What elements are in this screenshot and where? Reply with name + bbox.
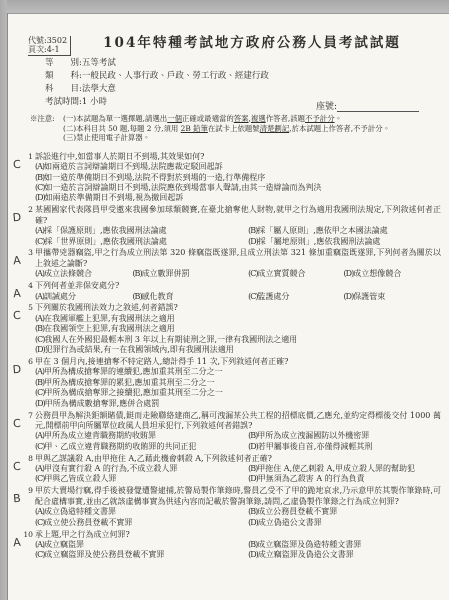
notice-text: (三)禁止使用電子計算器。 [63, 133, 150, 142]
handwritten-answer: A [9, 256, 26, 268]
option-B: (B)成立數罪併罰 [132, 269, 248, 279]
question-stem: 甲在 3 個月內,接連搶奪不特定路人,總計得手 11 次,下列敘述何者正確? [35, 357, 441, 367]
question-stem: 承上題,甲之行為成立何罪? [35, 530, 441, 540]
option-C: (C)我國人在外國犯最輕本刑 3 年以上有期徒刑之罪,一律有我國刑法之適用 [35, 335, 441, 345]
question: 5 C 下列關於我國刑法效力之敘述,何者錯誤? (A)在我國軍艦上犯罪,有我國刑… [35, 303, 441, 355]
handwritten-answer: C [9, 461, 26, 473]
page-number: 頁次:4-1 [28, 45, 67, 54]
option-label: (C) [35, 335, 44, 344]
notice-text: 正確或最適當的 [182, 114, 234, 123]
option-C: (C)採「世界原則」,應依我國刑法論處 [35, 237, 248, 247]
option-A: (A)甲沒有實行殺 A 的行為,不成立殺人罪 [35, 464, 248, 474]
questions: 1 C 訴訟進行中,如當事人於期日不到場,其效果如何? (A)如兩造於言詞辯論期… [7, 152, 449, 561]
question-stem: 甲於大賣場行竊,得手後被發覺遭警逮捕,於警局製作筆錄時,警員乙受不了甲的跪地哀求… [35, 486, 441, 507]
question-options: (A)成立竊盜罪(B)成立竊盜罪及偽造特種文書罪(C)成立竊盜罪及使公務員登載不… [35, 540, 441, 561]
exam-paper-scan: { "colors":{ "paper":"#f7f6f1", "scan_be… [0, 0, 449, 600]
question: 9 B 甲於大賣場行竊,得手後被發覺遭警逮捕,於警局製作筆錄時,警員乙受不了甲的… [35, 486, 441, 528]
option-D: (D)甲所為構成數搶奪罪,應併合處罰 [35, 399, 441, 409]
seat-number-field: 座號: [316, 99, 419, 112]
notice-marker: ※注意: [30, 114, 63, 143]
option-label: (B) [248, 431, 257, 440]
exam-code: 代號:3502 [28, 36, 67, 45]
scanner-edge-left [0, 0, 7, 600]
option-D: (D)成立想像競合 [344, 269, 441, 279]
question-stem: 訴訟進行中,如當事人於期日不到場,其效果如何? [35, 152, 441, 162]
option-label: (C) [35, 550, 44, 559]
option-C: (C)監護處分 [248, 292, 343, 302]
option-label: (A) [35, 314, 44, 323]
question: 1 C 訴訟進行中,如當事人於期日不到場,其效果如何? (A)如兩造於言詞辯論期… [35, 152, 441, 204]
question: 3 A 甲攜帶兇器竊盜,甲之行為成立刑法第 320 條竊盜既遂罪,且成立刑法第 … [35, 248, 441, 279]
seat-blank-line [337, 102, 419, 112]
question: 4 A 下列何者並非保安處分? (A)訓誡處分(B)感化教育(C)監護處分(D)… [35, 281, 441, 302]
option-label: (D) [248, 474, 258, 483]
option-label: (A) [35, 226, 44, 235]
option-label: (C) [35, 388, 44, 397]
meta-label: 科 目 [45, 83, 79, 96]
handwritten-answer: D [9, 213, 26, 225]
meta-value: 一般民政、人事行政、戶政、勞工行政、經建行政 [82, 71, 269, 81]
option-B: (B)甲拖住 A,使乙刺殺 A,甲成立殺人罪的幫助犯 [248, 464, 441, 474]
notice-underlined-text: 一個 [167, 114, 182, 123]
notice-text: 在試卡上依題號 [208, 124, 260, 133]
option-B: (B)在我國領空上犯罪,有我國刑法之適用 [35, 324, 441, 334]
option-label: (A) [35, 292, 44, 301]
option-label: (B) [35, 173, 44, 182]
handwritten-answer: C [9, 418, 26, 430]
option-A: (A)採「保護原則」,應依我國刑法論處 [35, 226, 248, 236]
meta-value: 法學大意 [82, 84, 116, 94]
seat-label: 座號: [316, 102, 337, 112]
option-label: (B) [248, 507, 257, 516]
notice-text: (二)本科目共 50 題,每題 2 分,須用 [63, 124, 181, 133]
option-D: (D)犯罪行為或結果,有一在我國領域內,即有我國刑法適用 [35, 345, 441, 355]
option-A: (A)成立法條競合 [35, 269, 132, 279]
handwritten-answer: B [9, 494, 26, 506]
notice-underlined-text: 清楚劃記 [260, 124, 290, 133]
option-A: (A)甲所為構成搶奪罪的連續犯,應加重其刑至二分之一 [35, 367, 441, 377]
question: 2 D 某國國家代表隊員甲受邀來我國參加球類競賽,在臺北搶奪他人財物,就甲之行為… [35, 205, 441, 247]
option-label: (C) [35, 474, 44, 483]
question: 6 D 甲在 3 個月內,接連搶奪不特定路人,總計得手 11 次,下列敘述何者正… [35, 357, 441, 409]
meta-value: 1 小時 [82, 97, 107, 107]
question-options: (A)甲沒有實行殺 A 的行為,不成立殺人罪(B)甲拖住 A,使乙刺殺 A,甲成… [35, 464, 441, 485]
notice-clause: (三)禁止使用電子計算器。 [63, 133, 434, 143]
option-label: (C) [35, 237, 44, 246]
question: 10 A 承上題,甲之行為成立何罪? (A)成立竊盜罪(B)成立竊盜罪及偽造特種… [35, 530, 441, 561]
option-B: (B)採「屬人原則」,應依甲之本國法論處 [248, 226, 441, 236]
notice-underlined-text: 答案 [234, 114, 249, 123]
option-C: (C)成立實質競合 [248, 269, 343, 279]
option-label: (D) [248, 442, 258, 451]
option-A: (A)訓誡處分 [35, 292, 132, 302]
option-label: (A) [35, 507, 44, 516]
option-label: (D) [248, 518, 258, 527]
notice-clause: (二)本科目共 50 題,每題 2 分,須用 2B 鉛筆在試卡上依題號清楚劃記,… [63, 124, 434, 134]
question-stem: 甲與乙謀議殺 A,由甲拖住 A,乙藉此機會刺殺 A,下列敘述何者正確? [35, 454, 441, 464]
option-A: (A)如兩造於言詞辯論期日不到場,法院應裁定駁回起訴 [35, 162, 441, 172]
paper-page: 代號:3502 頁次:4-1 104年特種考試地方政府公務人員考試試題 等 別:… [7, 13, 449, 600]
notice-underlined-text: 複選 [251, 114, 266, 123]
question-options: (A)成立法條競合(B)成立數罪併罰(C)成立實質競合(D)成立想像競合 [35, 269, 441, 279]
meta-row-subject: 科 目:法學大意 [45, 83, 449, 96]
option-label: (B) [248, 226, 257, 235]
option-D: (D)成立竊盜罪及偽造公文書罪 [248, 550, 441, 560]
option-D: (D)採「屬地原則」,應依我國刑法論處 [248, 237, 441, 247]
question-options: (A)甲所為成立違背職務期約收賄罪(B)甲所為成立洩漏國防以外機密罪(C)甲、乙… [35, 431, 441, 452]
option-label: (B) [35, 324, 44, 333]
exam-header: 代號:3502 頁次:4-1 104年特種考試地方政府公務人員考試試題 等 別:… [7, 13, 449, 109]
option-D: (D)保護管束 [344, 292, 441, 302]
option-label: (D) [35, 193, 45, 202]
option-label: (B) [248, 540, 257, 549]
notice-clauses: (一)本試題為單一選擇題,請選出一個正確或最適當的答案,複選作答者,該題不予計分… [63, 114, 434, 143]
option-D: (D)如兩造於準備期日不到場,視為撤回起訴 [35, 193, 441, 203]
meta-value: 五等考試 [82, 58, 116, 68]
option-label: (C) [35, 442, 44, 451]
handwritten-answer: C [9, 311, 26, 323]
notice-text: (一)本試題為單一選擇題,請選出 [63, 114, 167, 123]
option-C: (C)如一造於言詞辯論期日不到場,法院應依到場當事人聲請,由其一造辯論而為判決 [35, 183, 441, 193]
option-label: (D) [344, 269, 354, 278]
handwritten-answer: A [9, 288, 26, 300]
question-options: (A)成立偽造特種文書罪(B)成立公務員登載不實罪(C)成立使公務員登載不實罪(… [35, 507, 441, 528]
notice-underlined-text: 不予計分 [305, 114, 335, 123]
meta-label: 類 科 [45, 70, 79, 83]
option-D: (D)甲無須為乙殺害 A 的行為負責 [248, 474, 441, 484]
option-label: (A) [35, 269, 44, 278]
option-C: (C)甲所為構成搶奪罪之接續犯,應加重其刑至二分之一 [35, 388, 441, 398]
scanner-edge-top [0, 0, 449, 13]
option-label: (C) [248, 292, 257, 301]
option-C: (C)成立竊盜罪及使公務員登載不實罪 [35, 550, 248, 560]
question: 8 C 甲與乙謀議殺 A,由甲拖住 A,乙藉此機會刺殺 A,下列敘述何者正確? … [35, 454, 441, 485]
question-options: (A)訓誡處分(B)感化教育(C)監護處分(D)保護管束 [35, 292, 441, 302]
option-B: (B)甲所為構成搶奪罪的累犯,應加重其刑至二分之一 [35, 378, 441, 388]
question-options: (A)如兩造於言詞辯論期日不到場,法院應裁定駁回起訴(B)如一造於準備期日不到場… [35, 162, 441, 204]
handwritten-answer: C [9, 159, 26, 171]
option-label: (B) [132, 292, 141, 301]
code-page-box: 代號:3502 頁次:4-1 [28, 36, 71, 56]
exam-title: 104年特種考試地方政府公務人員考試試題 [7, 35, 449, 51]
option-B: (B)成立公務員登載不實罪 [248, 507, 441, 517]
option-label: (D) [248, 550, 258, 559]
option-label: (B) [132, 269, 141, 278]
meta-label: 考試時間 [45, 96, 79, 109]
option-A: (A)成立偽造特種文書罪 [35, 507, 248, 517]
option-label: (A) [35, 431, 44, 440]
notice-block: ※注意: (一)本試題為單一選擇題,請選出一個正確或最適當的答案,複選作答者,該… [30, 114, 434, 143]
option-B: (B)成立竊盜罪及偽造特種文書罪 [248, 540, 441, 550]
handwritten-answer: A [9, 537, 26, 549]
notice-text: 作答者,該題 [266, 114, 305, 123]
option-label: (B) [35, 378, 44, 387]
option-label: (A) [35, 464, 44, 473]
option-A: (A)成立竊盜罪 [35, 540, 248, 550]
option-C: (C)甲、乙成立違背職務期約收賄罪的共同正犯 [35, 442, 248, 452]
option-label: (C) [248, 269, 257, 278]
option-D: (D)若甲屬事後自首,亦僅得減輕其刑 [248, 442, 441, 452]
question-stem: 公務員甲為解決鉅額賭債,鋌而走險聯絡建商乙,稱可洩漏某公共工程的招標底價,乙應允… [35, 411, 441, 432]
handwritten-answer: D [9, 364, 26, 376]
option-B: (B)如一造於準備期日不到場,法院不得對於到場的一造,行準備程序 [35, 173, 441, 183]
question-stem: 下列何者並非保安處分? [35, 281, 441, 291]
meta-row-category: 類 科:一般民政、人事行政、戶政、勞工行政、經建行政 [45, 70, 449, 83]
option-C: (C)成立使公務員登載不實罪 [35, 518, 248, 528]
meta-label: 等 別 [45, 57, 79, 70]
option-D: (D)成立偽造公文書罪 [248, 518, 441, 528]
option-label: (C) [35, 518, 44, 527]
question: 7 C 公務員甲為解決鉅額賭債,鋌而走險聯絡建商乙,稱可洩漏某公共工程的招標底價… [35, 411, 441, 453]
option-label: (D) [35, 399, 45, 408]
option-B: (B)甲所為成立洩漏國防以外機密罪 [248, 431, 441, 441]
option-B: (B)感化教育 [132, 292, 248, 302]
question-options: (A)在我國軍艦上犯罪,有我國刑法之適用(B)在我國領空上犯罪,有我國刑法之適用… [35, 314, 441, 356]
option-C: (C)甲與乙皆成立殺人罪 [35, 474, 248, 484]
notice-text: ,於本試題上作答者,不予計分。 [289, 124, 390, 133]
question-stem: 某國國家代表隊員甲受邀來我國參加球類競賽,在臺北搶奪他人財物,就甲之行為適用我國… [35, 205, 441, 226]
question-options: (A)甲所為構成搶奪罪的連續犯,應加重其刑至二分之一(B)甲所為構成搶奪罪的累犯… [35, 367, 441, 409]
notice-clause: (一)本試題為單一選擇題,請選出一個正確或最適當的答案,複選作答者,該題不予計分… [63, 114, 434, 124]
option-label: (C) [35, 183, 44, 192]
option-A: (A)甲所為成立違背職務期約收賄罪 [35, 431, 248, 441]
option-A: (A)在我國軍艦上犯罪,有我國刑法之適用 [35, 314, 441, 324]
question-options: (A)採「保護原則」,應依我國刑法論處(B)採「屬人原則」,應依甲之本國法論處(… [35, 226, 441, 247]
notice-underlined-text: 2B 鉛筆 [181, 124, 208, 133]
option-label: (A) [35, 540, 44, 549]
option-label: (A) [35, 367, 44, 376]
meta-row-level: 等 別:五等考試 [45, 57, 449, 70]
option-label: (D) [248, 237, 258, 246]
option-label: (B) [248, 464, 257, 473]
question-stem: 甲攜帶兇器竊盜,甲之行為成立刑法第 320 條竊盜既遂罪,且成立刑法第 321 … [35, 248, 441, 269]
option-label: (A) [35, 162, 44, 171]
notice-text: 。 [335, 114, 342, 123]
option-label: (D) [344, 292, 354, 301]
question-stem: 下列關於我國刑法效力之敘述,何者錯誤? [35, 303, 441, 313]
option-label: (D) [35, 345, 45, 354]
